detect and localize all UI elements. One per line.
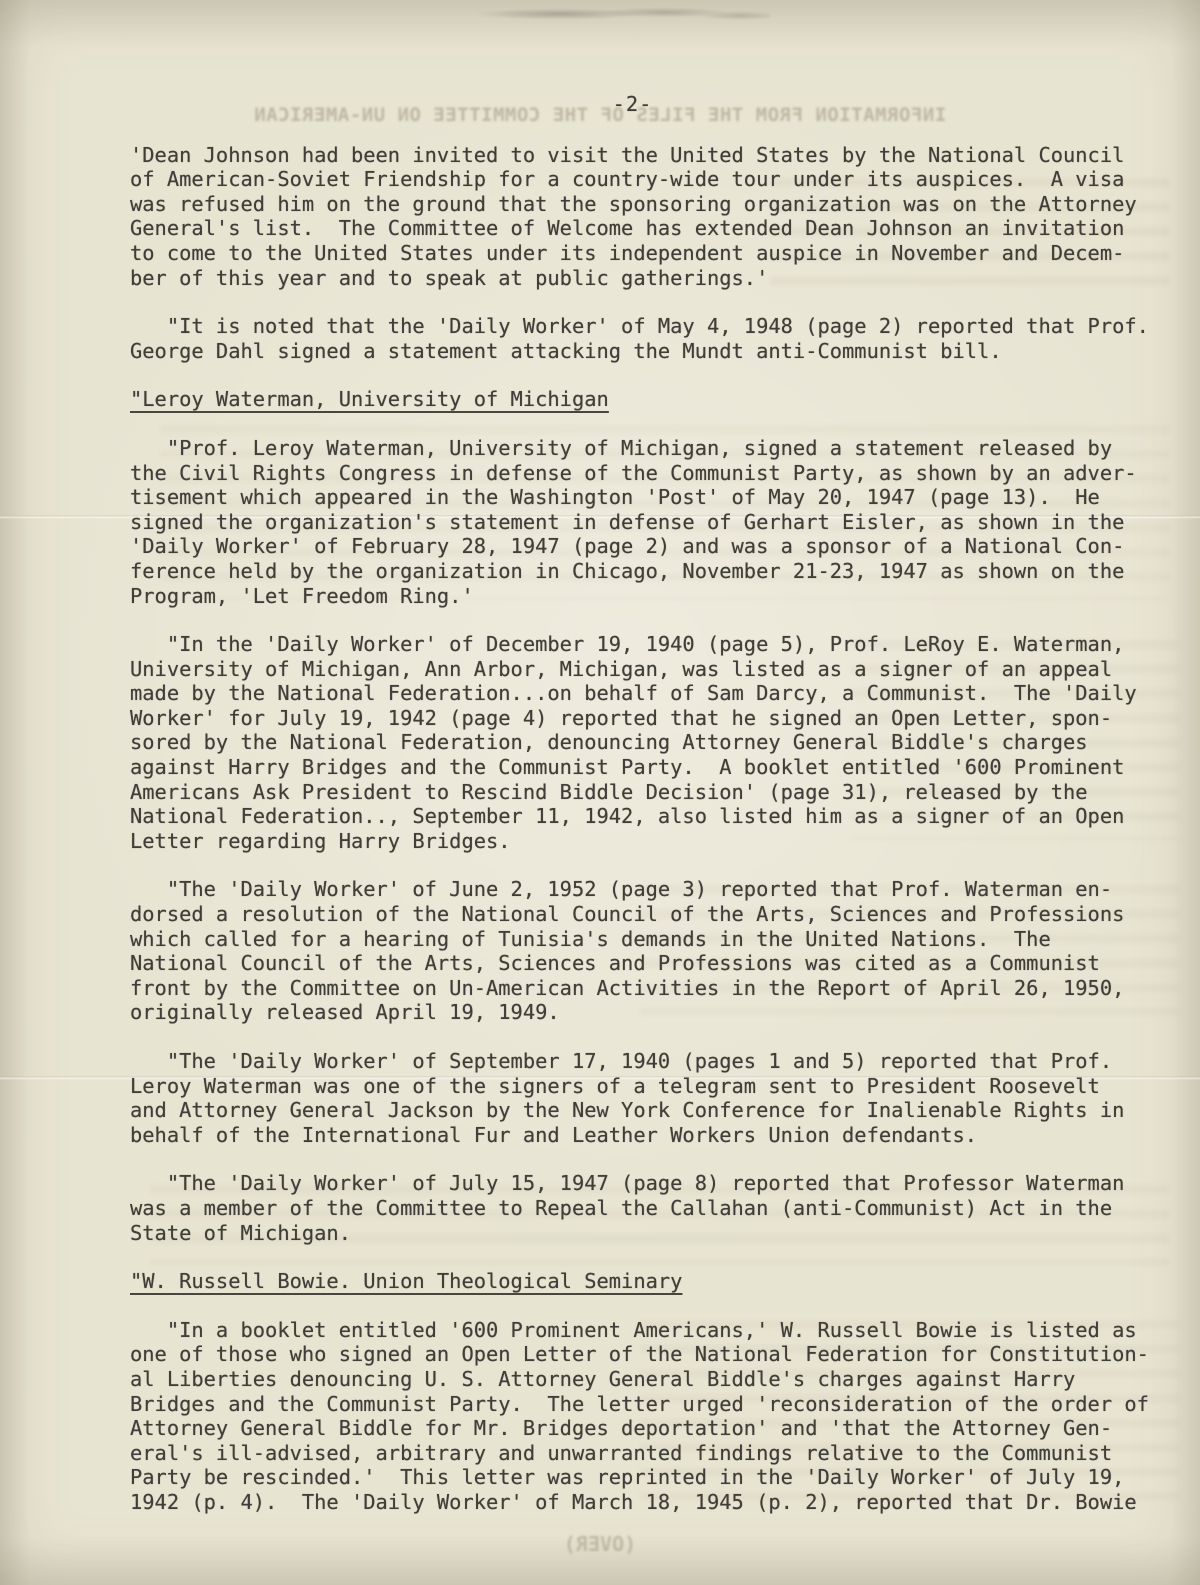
typewritten-text-block: -2- 'Dean Johnson had been invited to vi… (0, 0, 1180, 1515)
paragraph-waterman-callahan-act: "The 'Daily Worker' of July 15, 1947 (pa… (130, 1171, 1180, 1245)
paragraph-waterman-civil-rights-congress: "Prof. Leroy Waterman, University of Mic… (130, 436, 1180, 608)
paragraph-waterman-arts-sciences-professions: "The 'Daily Worker' of June 2, 1952 (pag… (130, 877, 1180, 1025)
bleedthrough-over-label: (OVER) (0, 1532, 1200, 1556)
paragraph-waterman-daily-worker-1940: "In the 'Daily Worker' of December 19, 1… (130, 632, 1180, 853)
paragraph-bowie-600-prominent-americans: "In a booklet entitled '600 Prominent Am… (130, 1318, 1180, 1515)
section-heading-w-russell-bowie: "W. Russell Bowie. Union Theological Sem… (130, 1269, 1180, 1294)
section-heading-leroy-waterman: "Leroy Waterman, University of Michigan (130, 387, 1180, 412)
scanned-document-page: { "doc": { "page_number": "-2-", "blocks… (0, 0, 1200, 1585)
page-number: -2- (130, 92, 1135, 117)
paragraph-george-dahl: "It is noted that the 'Daily Worker' of … (130, 314, 1180, 363)
paragraph-waterman-telegram-roosevelt: "The 'Daily Worker' of September 17, 194… (130, 1049, 1180, 1147)
paragraph-dean-johnson-visit: 'Dean Johnson had been invited to visit … (130, 143, 1180, 291)
